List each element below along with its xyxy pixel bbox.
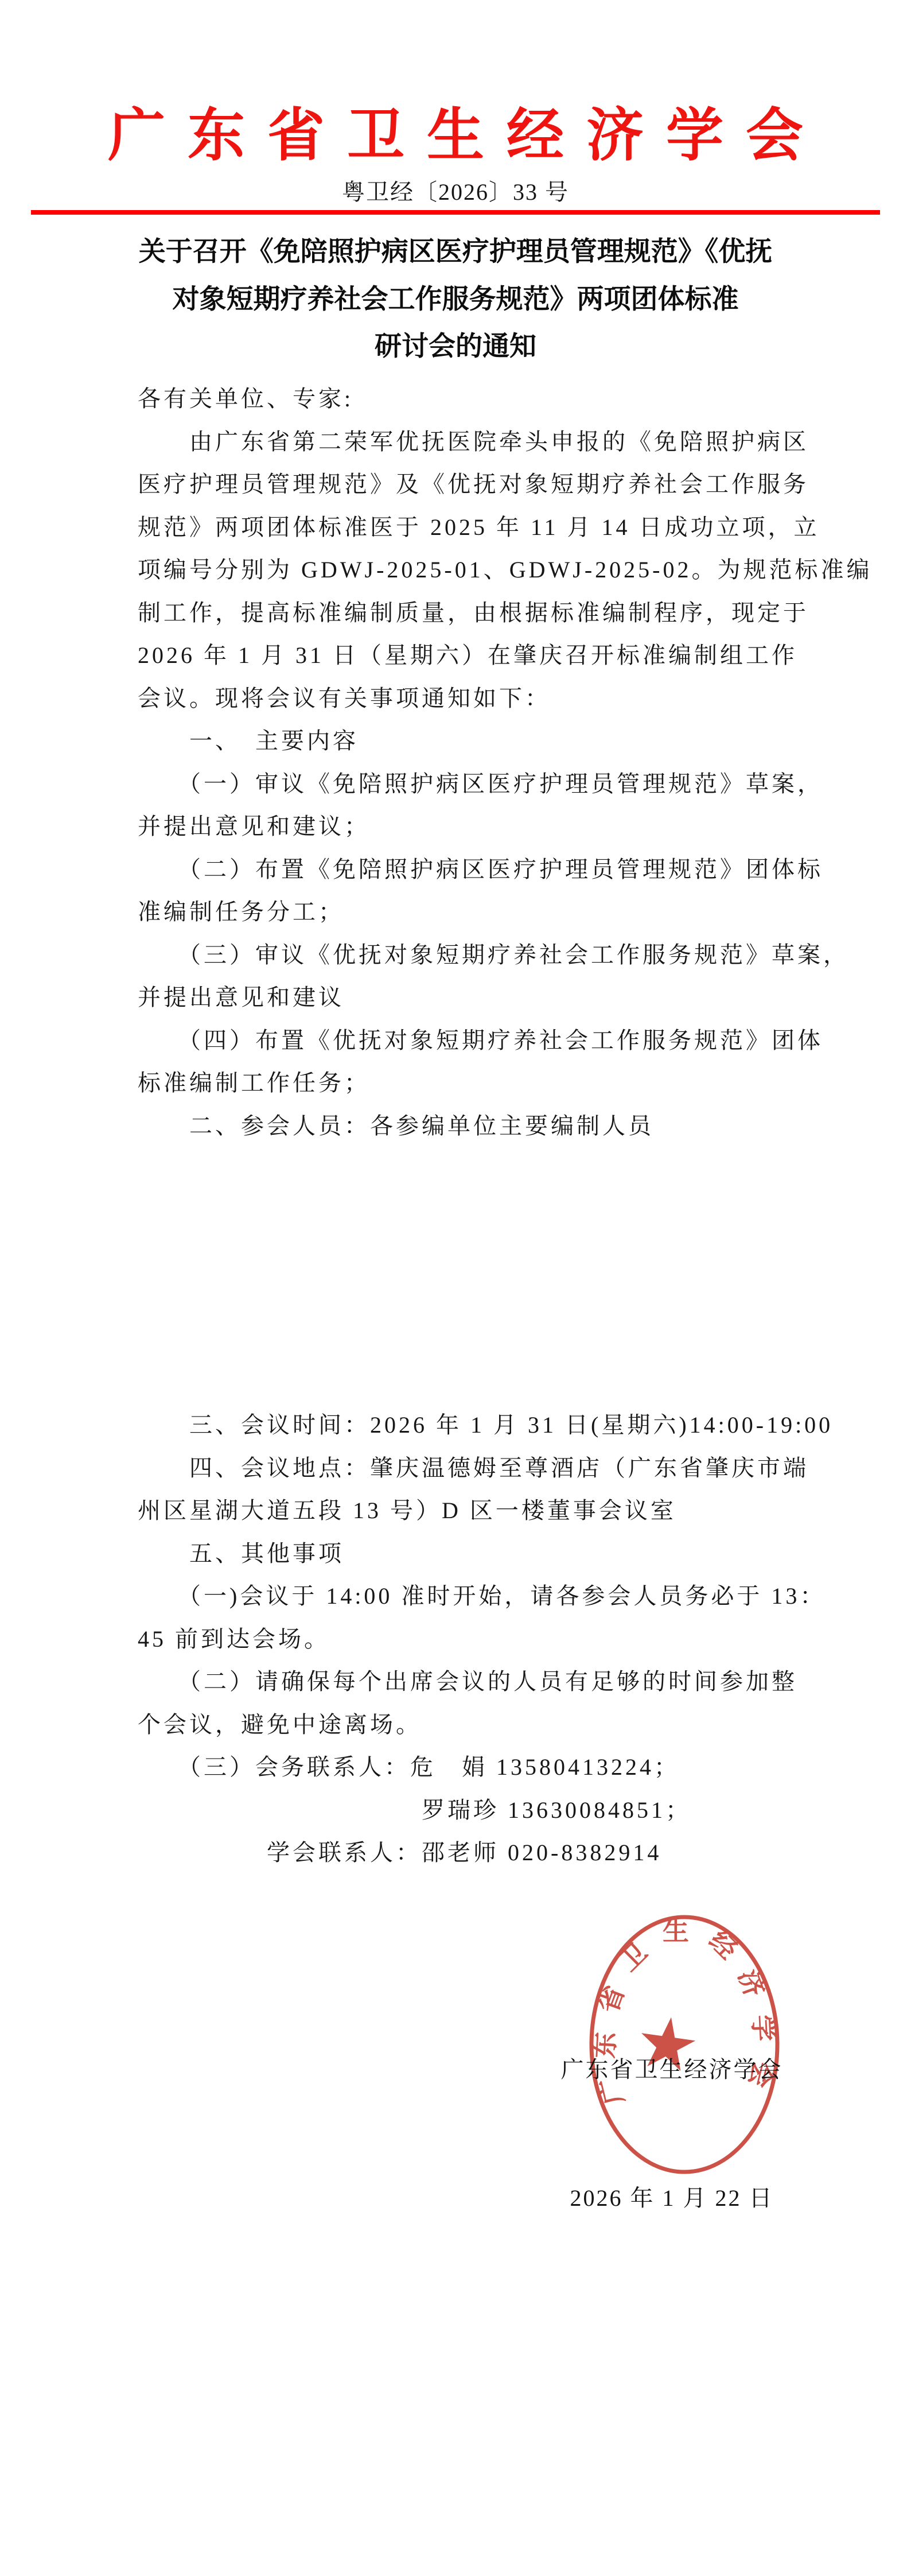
notice-title: 关于召开《免陪照护病区医疗护理员管理规范》《优抚 对象短期疗养社会工作服务规范》… [0, 228, 911, 371]
document-page: 广东省卫生经济学会 粤卫经〔2026〕33 号 关于召开《免陪照护病区医疗护理员… [0, 0, 911, 2576]
signature-org-name: 广东省卫生经济学会 [559, 2049, 784, 2092]
signature-date: 2026 年 1 月 22 日 [559, 2177, 784, 2220]
letterhead-org-name: 广东省卫生经济学会 [0, 104, 911, 168]
signature-block: 广东省卫生经济学会 2026 年 1 月 22 日 [559, 1963, 784, 2305]
notice-body-text: 各有关单位、专家: 由广东省第二荣军优抚医院牵头申报的《免陪照护病区 医疗护理员… [138, 378, 826, 1875]
letterhead-divider-rule [31, 210, 880, 215]
document-number: 粤卫经〔2026〕33 号 [0, 179, 911, 206]
